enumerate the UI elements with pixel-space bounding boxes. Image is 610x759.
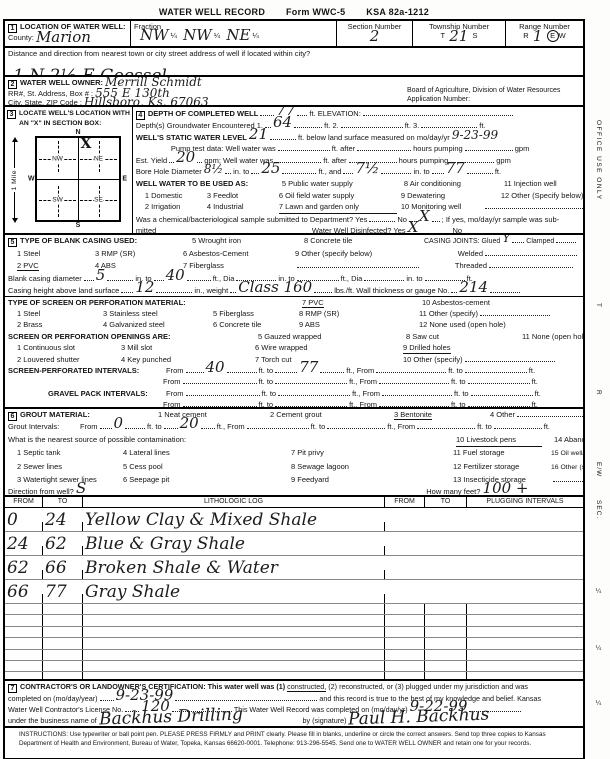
option: 8 Sewage lagoon	[291, 461, 453, 473]
ft-to-label: ft. to	[477, 422, 492, 431]
option: 3 Stainless steel	[103, 308, 213, 319]
table-row-empty	[5, 627, 583, 638]
one-mile-scale: 1 Mile	[11, 137, 18, 223]
section-3-4: 3LOCATE WELL'S LOCATION WITH AN "X" IN S…	[5, 107, 583, 235]
option: 1 Septic tank	[17, 447, 123, 459]
option: 1 Domestic	[145, 190, 207, 202]
option: 10 Other (specify)	[403, 354, 463, 365]
option: 11 Other (specify)	[419, 308, 478, 319]
est-yield-label: Est. Yield	[136, 156, 167, 165]
quarter-glyph: ¼	[171, 31, 177, 40]
ft-from-label: ft., From	[349, 400, 377, 409]
section-4-number: 4	[136, 111, 145, 120]
option: 2 Brass	[17, 319, 103, 330]
quadrant-se: SE	[93, 196, 104, 203]
from-label: From	[166, 389, 184, 398]
quadrant-nw: NW	[51, 155, 64, 162]
after-label: ft. after	[323, 156, 346, 165]
option: 7 Fiberglass	[183, 260, 295, 272]
casing-height-label: Casing height above land surface	[8, 286, 119, 295]
gutter-quarter-label: ¼	[595, 588, 602, 596]
openings-label: SCREEN OR PERFORATION OPENINGS ARE:	[8, 331, 258, 342]
option: 2 Irrigation	[145, 201, 207, 213]
gutter-t-label: T	[595, 303, 602, 308]
static-level-tail: ft. below land surface measured on mo/da…	[298, 133, 450, 142]
option: 4 Other	[490, 409, 515, 421]
range-east-circled: E	[547, 30, 559, 42]
option: 12 Fertilizer storage	[453, 461, 551, 473]
township-t: T	[440, 31, 445, 40]
north-label: N	[75, 129, 80, 136]
constructed-selected: constructed,	[287, 682, 326, 692]
option: 9 Dewatering	[401, 190, 501, 202]
option: 2 Sewer lines	[17, 461, 123, 473]
from-label: From	[163, 400, 181, 409]
ft-label: ft.	[532, 400, 538, 409]
static-level-label: WELL'S STATIC WATER LEVEL	[136, 133, 247, 142]
instructions-box: INSTRUCTIONS: Use typewriter or ball poi…	[5, 728, 583, 758]
form-title-text: WATER WELL RECORD	[159, 7, 265, 17]
option: 11 Injection well	[504, 178, 557, 190]
contamination-label: What is the nearest source of possible c…	[8, 434, 456, 446]
gw-2-label: ft. 2.	[324, 121, 339, 130]
option: 2 Louvered shutter	[17, 354, 121, 365]
distance-row: Distance and direction from nearest town…	[5, 48, 583, 77]
option: 7 Torch cut	[255, 354, 403, 365]
sample-question-wrap: mitted	[136, 225, 312, 235]
how-many-feet-label: How many feet?	[426, 487, 480, 496]
ft-label: ft.	[544, 422, 550, 431]
section-6-number: 6	[8, 412, 17, 421]
table-row-empty	[5, 604, 583, 615]
section-7-number: 7	[8, 684, 17, 693]
option: 10 Monitoring well	[401, 201, 483, 213]
section-2-number: 2	[8, 80, 17, 89]
instructions-text: INSTRUCTIONS: Use typewriter or ball poi…	[5, 728, 583, 750]
groundwater-label: Depth(s) Groundwater Encountered 1.	[136, 121, 263, 130]
elevation-label: ft. ELEVATION:	[309, 109, 360, 118]
ft-to-label: ft. to	[262, 389, 277, 398]
ft-to-label: ft. to	[454, 389, 469, 398]
gutter-sec-label: SEC.	[595, 500, 602, 519]
ft-label: ft.	[495, 167, 501, 176]
locate-label-1: LOCATE WELL'S LOCATION WITH	[19, 110, 130, 117]
option: 12 None used (open hole)	[419, 319, 506, 330]
sample-question-tail: ; If yes, mo/day/yr sample was sub-	[442, 215, 560, 224]
ft-to-label: ft. to	[147, 422, 162, 431]
option-selected-drilled-holes: 9 Drilled holes	[403, 342, 451, 354]
business-name-label: under the business name of	[8, 716, 97, 725]
col-header-lithologic-log: LITHOLOGIC LOG	[83, 497, 385, 507]
option: 9 Other (specify below)	[295, 248, 425, 260]
col-header-from: FROM	[385, 497, 425, 507]
bore-diameter-label: Bore Hole Diameter	[136, 167, 202, 176]
range-label: Range Number	[509, 22, 580, 31]
option: 5 Public water supply	[282, 178, 404, 190]
ft-to-label: ft. to	[451, 377, 466, 386]
gauge-label: lbs./ft. Wall thickness or gauge No.	[334, 286, 449, 295]
screen-intervals-label: SCREEN-PERFORATED INTERVALS:	[8, 365, 166, 376]
option: 4 Galvanized steel	[103, 319, 213, 330]
option: 7 Pit privy	[291, 447, 453, 459]
section-5-casing: 5TYPE OF BLANK CASING USED:5 Wrought iro…	[5, 235, 583, 297]
locate-label-2: AN "X" IN SECTION BOX:	[19, 120, 101, 127]
city-label: City, State, ZIP Code :	[8, 98, 82, 107]
col-header-plugging-intervals: PLUGGING INTERVALS	[467, 497, 583, 507]
casing-label: TYPE OF BLANK CASING USED:	[20, 235, 192, 247]
south-label: S	[76, 222, 81, 229]
option: 1 Steel	[17, 248, 95, 260]
table-header-row: FROM TO LITHOLOGIC LOG FROM TO PLUGGING …	[5, 497, 583, 508]
certification-tail: (2) reconstructed, or (3) plugged under …	[328, 682, 528, 691]
range-w: W	[559, 31, 566, 40]
option: 9 Feedyard	[291, 474, 453, 486]
gutter-r-label: R	[595, 390, 602, 396]
option: 3 Watertight sewer lines	[17, 474, 123, 486]
dia-label: ft., Dia	[213, 274, 235, 283]
gravel-pack-label: GRAVEL PACK INTERVALS:	[8, 388, 166, 399]
section-2-owner: 2WATER WELL OWNER: Merrill Schmidt RR#, …	[5, 77, 583, 107]
ft-from-label: ft., From	[352, 389, 380, 398]
ft-from-label: ft., From	[217, 422, 245, 431]
option: 11 Fuel storage	[453, 447, 551, 459]
direction-label: Direction from well?	[8, 487, 74, 496]
col-header-to: TO	[43, 497, 83, 507]
ft-from-label: ft., From	[346, 366, 374, 375]
option: 5 Cess pool	[123, 461, 291, 473]
col-header-from: FROM	[5, 497, 43, 507]
application-number-label: Application Number:	[407, 95, 581, 104]
use-label: WELL WATER TO BE USED AS:	[136, 178, 282, 190]
option: 6 Asbestos-Cement	[183, 248, 295, 260]
hours-pumping-label: hours pumping	[413, 144, 463, 153]
in-to-label: in. to	[233, 167, 249, 176]
ft-to-label: ft. to	[259, 377, 274, 386]
gutter-quarter-label: ¼	[595, 645, 602, 653]
option-selected-livestock-pens: 10 Livestock pens	[456, 434, 542, 447]
option: 8 Concrete tile	[304, 235, 424, 247]
quarter-glyph: ¼	[253, 31, 259, 40]
county-label: County:	[8, 33, 34, 42]
from-label: From	[166, 366, 184, 375]
ft-label: ft.	[535, 389, 541, 398]
table-row-empty	[5, 615, 583, 626]
casing-joints-label: CASING JOINTS: Glued	[424, 238, 500, 245]
ft-to-label: ft. to	[448, 366, 463, 375]
address-label: RR#, St. Address, Box # :	[8, 89, 93, 98]
section-4-depth: 4DEPTH OF COMPLETED WELL77ft. ELEVATION:…	[133, 107, 583, 233]
ft-and-label: ft., and	[318, 167, 341, 176]
from-label: From	[163, 377, 181, 386]
quadrant-sw: SW	[51, 196, 63, 203]
option: 3 Mill slot	[121, 342, 255, 353]
option: 8 RMP (SR)	[299, 308, 419, 319]
joints-clamped-label: Clamped	[526, 238, 554, 245]
ft-from-label: ft., From	[349, 377, 377, 386]
table-row: 0 24 Yellow Clay & Mixed Shale	[5, 508, 583, 532]
option: 8 Saw cut	[406, 331, 522, 342]
option: 3 RMP (SR)	[95, 248, 183, 260]
ft-from-label: ft., From	[387, 422, 415, 431]
mile-label: 1 Mile	[11, 168, 18, 192]
option: 5 Fiberglass	[213, 308, 299, 319]
grout-label: GROUT MATERIAL:	[20, 409, 158, 421]
weight-label: in., weight	[194, 286, 228, 295]
signature-value: Paul H. Backhus	[349, 715, 490, 720]
lithologic-table: FROM TO LITHOLOGIC LOG FROM TO PLUGGING …	[5, 497, 583, 681]
distance-label: Distance and direction from nearest town…	[5, 48, 583, 59]
in-to-label: in. to	[406, 274, 422, 283]
ft-label: ft.	[529, 366, 535, 375]
section-box-diagram: NW NE SW SE N S W E X	[35, 136, 121, 222]
option: 4 Key punched	[121, 354, 255, 365]
section-1-location: 1LOCATION OF WATER WELL: County: Marion …	[5, 21, 583, 48]
after-label: ft. after	[332, 144, 355, 153]
section-5-number: 5	[8, 238, 17, 247]
form-body: 1LOCATION OF WATER WELL: County: Marion …	[3, 19, 585, 759]
option: 2 Cement grout	[270, 409, 394, 421]
joints-threaded-label: Threaded	[421, 260, 487, 272]
section-7-certification: 7CONTRACTOR'S OR LANDOWNER'S CERTIFICATI…	[5, 681, 583, 728]
table-row-empty	[5, 661, 583, 672]
west-label: W	[28, 176, 35, 183]
section-1-number: 1	[8, 24, 17, 33]
gw-3-label: ft. 3.	[405, 121, 420, 130]
option: 6 Concrete tile	[213, 319, 299, 330]
quarter-glyph: ¼	[214, 31, 220, 40]
option: 15 Oil well/Gas well	[551, 448, 583, 460]
col-header-to: TO	[425, 497, 467, 507]
option: 4 Lateral lines	[123, 447, 291, 459]
ft-to-label: ft. to	[259, 366, 274, 375]
township-s: S	[473, 31, 478, 40]
option: 16 Other (specify below)	[551, 462, 583, 474]
option: 12 Other (Specify below)	[501, 190, 583, 202]
screen-section: TYPE OF SCREEN OR PERFORATION MATERIAL:7…	[5, 297, 583, 409]
completed-on-label: completed on (mo/day/year)	[8, 694, 98, 703]
sample-no-label: No	[397, 215, 407, 224]
table-row: 24 62 Blue & Gray Shale	[5, 532, 583, 556]
form-title: WATER WELL RECORD Form WWC-5 KSA 82a-121…	[0, 7, 588, 17]
option-selected-bentonite: 3 Bentonite	[394, 410, 432, 420]
section-6-grout: 6GROUT MATERIAL:1 Neat cement2 Cement gr…	[5, 409, 583, 497]
ft-to-label: ft. to	[259, 400, 274, 409]
from-label: From	[80, 422, 98, 431]
arrow-down-icon	[12, 218, 18, 223]
east-label: E	[122, 176, 127, 183]
option: 1 Steel	[17, 308, 103, 319]
option: 6 Seepage pit	[123, 474, 291, 486]
section-3-number: 3	[7, 110, 16, 119]
depth-label: DEPTH OF COMPLETED WELL	[148, 109, 258, 118]
business-name-value: Backhus Drilling	[99, 714, 243, 719]
office-use-gutter: OFFICE USE ONLY T R E/W SEC. ¼ ¼ ¼	[589, 0, 609, 759]
screen-material-label: TYPE OF SCREEN OR PERFORATION MATERIAL:	[8, 297, 302, 308]
gpm-label: gpm	[515, 144, 530, 153]
disinfected-no-label: No	[452, 226, 462, 235]
grout-intervals-label: Grout Intervals:	[8, 421, 80, 433]
option: 1 Continuous slot	[17, 342, 121, 353]
dia-label: ft., Dia	[341, 274, 363, 283]
option: 1 Neat cement	[158, 409, 270, 421]
gpm-label: gpm	[496, 156, 511, 165]
option: 5 Gauzed wrapped	[258, 331, 406, 342]
range-r: R	[523, 31, 528, 40]
gutter-ew-label: E/W	[595, 462, 602, 477]
form-statute: KSA 82a-1212	[366, 7, 429, 17]
ft-to-label: ft. to	[311, 422, 326, 431]
joints-welded-label: Welded	[425, 248, 483, 260]
option: 14 Abandoned water well	[554, 434, 583, 446]
office-use-only-label: OFFICE USE ONLY	[595, 120, 602, 201]
option-selected-pvc: 2 PVC	[17, 261, 39, 271]
option: 10 Asbestos-cement	[422, 297, 490, 308]
option: 8 Air conditioning	[404, 178, 504, 190]
well-x-mark: X	[80, 136, 91, 152]
board-label: Board of Agriculture, Division of Water …	[407, 86, 581, 95]
ft-label: ft.	[532, 377, 538, 386]
table-row: 66 77 Gray Shale	[5, 580, 583, 604]
table-row: 62 66 Broken Shale & Water	[5, 556, 583, 580]
option: 6 Oil field water supply	[279, 190, 401, 202]
option: 6 Wire wrapped	[255, 342, 403, 353]
sample-question: Was a chemical/bacteriological sample su…	[136, 215, 368, 224]
option-selected-screen-pvc: 7 PVC	[302, 298, 324, 308]
option: 11 None (open hole)	[522, 331, 583, 342]
owner-label: WATER WELL OWNER:	[20, 78, 103, 87]
casing-diameter-label: Blank casing diameter	[8, 274, 82, 283]
option: 9 ABS	[299, 319, 419, 330]
form-number: Form WWC-5	[286, 7, 346, 17]
quadrant-ne: NE	[93, 155, 104, 162]
in-to-label: in. to	[413, 167, 429, 176]
option-selected-lawn-garden: 7 Lawn and garden only	[279, 201, 397, 214]
option: 5 Wrought iron	[192, 235, 304, 247]
signature-label: by (signature)	[303, 716, 347, 725]
table-row-empty	[5, 638, 583, 649]
gutter-quarter-label: ¼	[595, 700, 602, 708]
water-well-record-scan: WATER WELL RECORD Form WWC-5 KSA 82a-121…	[0, 0, 610, 759]
section-3-locator: 3LOCATE WELL'S LOCATION WITH AN "X" IN S…	[5, 107, 133, 233]
hours-pumping-label: hours pumping	[399, 156, 449, 165]
ft-to-label: ft. to	[451, 400, 466, 409]
option: 3 Feedlot	[207, 190, 279, 202]
table-row-empty	[5, 650, 583, 661]
disinfected-label: Water Well Disinfected? Yes	[312, 226, 406, 235]
option: 4 Industrial	[207, 201, 279, 213]
table-row-empty	[5, 672, 583, 681]
